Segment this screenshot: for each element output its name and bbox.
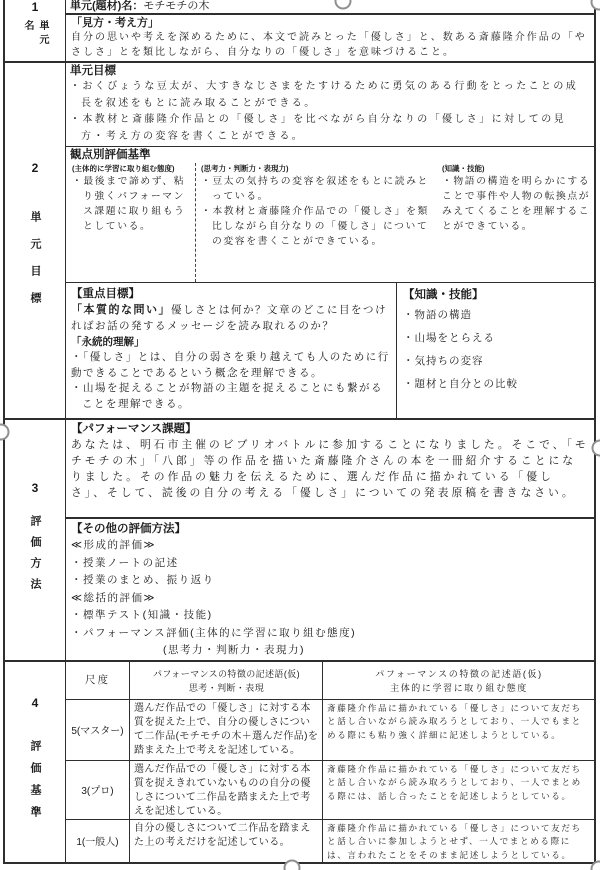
rubric-scale-label: 5(マスター) — [66, 700, 130, 760]
knowledge-item: ・物語の構造 — [403, 304, 590, 327]
rubric-header-thinking-line2: 思考・判断・表現 — [189, 681, 264, 695]
other-evaluation-item: ・授業ノートの記述 — [71, 555, 589, 573]
criteria-columns: (主体的に学習に取り組む態度) ・最後まで諦めず、粘り強くパフォーマンス課題に取… — [66, 163, 594, 282]
unit-goals-block: 単元目標 ・おくびょうな豆太が、大すきなじさまをたすけるために勇気のある行動をと… — [66, 63, 594, 147]
other-evaluation-block: 【その他の評価方法】 ≪形成的評価≫ ・授業ノートの記述 ・授業のまとめ、振り返… — [66, 519, 594, 660]
other-evaluation-item: ≪形成的評価≫ — [71, 537, 589, 555]
unit-goals-heading: 単元目標 — [70, 64, 590, 79]
rubric-header-row: 尺度 パフォーマンスの特徴の記述語(仮) 思考・判断・表現 パフォーマンスの特徴… — [66, 662, 594, 700]
section3-number: 3 — [32, 481, 39, 495]
section-rubric: 4 評価基準 尺度 パフォーマンスの特徴の記述語(仮) 思考・判断・表現 パフォ… — [5, 660, 594, 863]
section-evaluation-methods: 3 評価方法 【パフォーマンス課題】 あなたは、明石市主催のビブリオバトルに参加… — [5, 418, 594, 660]
rubric-header-attitude-line2: 主体的に学習に取り組む態度 — [390, 681, 528, 695]
performance-task-block: 【パフォーマンス課題】 あなたは、明石市主催のビブリオバトルに参加することになり… — [66, 420, 594, 520]
rubric-attitude-cell: 斎藤隆介作品に描かれている「優しさ」について友だちと話し合いながら読み取ろうとし… — [323, 700, 594, 760]
criteria-col-thinking: (思考力・判断力・表現力) ・豆太の気持ちの変容を叙述をもとに読みとっている。 … — [196, 163, 438, 282]
criteria-knowledge-item: ・物語の構造を明らかにすることで事件や人物の転換点がみえてくることを理解すること… — [442, 174, 591, 234]
knowledge-skills-heading: 【知識・技能】 — [403, 286, 590, 304]
section2-content: 単元目標 ・おくびょうな豆太が、大すきなじさまをたすけるために勇気のある行動をと… — [66, 63, 594, 418]
rubric-thinking-cell: 自分の優しさについて二作品を踏まえた上の考えだけを記述している。 — [130, 820, 323, 863]
focus-goal-row: 【重点目標】 「本質的な問い」優しさとは何か？文章のどこに目をつければお話の発す… — [66, 283, 594, 417]
rubric-row-beginner: 1(一般人) 自分の優しさについて二作品を踏まえた上の考えだけを記述している。 … — [66, 819, 594, 863]
unit-title-label: 単元(題材)名： — [70, 0, 143, 12]
section1-number: 1 — [32, 0, 39, 14]
view-thinking-text: 自分の思いや考えを深めるために、本文で読みとった「優しさ」と、数ある斎藤隆介作品… — [71, 30, 589, 60]
rubric-scale-label: 1(一般人) — [66, 820, 130, 863]
focus-goal-block: 【重点目標】 「本質的な問い」優しさとは何か？文章のどこに目をつければお話の発す… — [66, 283, 397, 417]
criteria-attitude-item: ・最後まで諦めず、粘り強くパフォーマンス課題に取り組もうとしている。 — [83, 174, 192, 234]
rubric-header-thinking-line1: パフォーマンスの特徴の記述語(仮) — [153, 667, 300, 681]
criteria-col-attitude-label: (主体的に学習に取り組む態度) — [72, 163, 192, 174]
unit-title-value: モチモチの木 — [143, 0, 209, 12]
section-unit-goals: 2 単元目標 単元目標 ・おくびょうな豆太が、大すきなじさまをたすけるために勇気… — [5, 61, 594, 418]
enduring-understanding-label: 「永続的理解」 — [71, 334, 390, 350]
section2-side-label: 単元目標 — [27, 211, 43, 319]
enduring-understanding-item: ・山場を捉えることが物語の主題を捉えることにも繋がることを理解できる。 — [82, 381, 390, 412]
rubric-header-thinking: パフォーマンスの特徴の記述語(仮) 思考・判断・表現 — [130, 662, 323, 699]
rubric-table: 尺度 パフォーマンスの特徴の記述語(仮) 思考・判断・表現 パフォーマンスの特徴… — [66, 662, 594, 863]
rubric-header-attitude-line1: パフォーマンスの特徴の記述語(仮) — [375, 667, 542, 681]
section1-side-cell: 1 単元名 — [5, 0, 66, 61]
criteria-thinking-item: ・豆太の気持ちの変容を叙述をもとに読みとっている。 — [212, 174, 435, 204]
criteria-col-knowledge: (知識・技能) ・物語の構造を明らかにすることで事件や人物の転換点がみえてくるこ… — [438, 163, 594, 282]
other-evaluation-item: ・パフォーマンス評価(主体的に学習に取り組む態度) — [71, 625, 589, 643]
section2-number: 2 — [32, 161, 39, 175]
other-evaluation-item: ・授業のまとめ、振り返り — [71, 572, 589, 590]
performance-task-text: あなたは、明石市主催のビブリオバトルに参加することになりました。そこで、「モチモ… — [71, 437, 589, 501]
knowledge-item: ・山場をとらえる — [403, 327, 590, 350]
unit-title-row: 単元(題材)名：モチモチの木 — [66, 0, 594, 15]
rubric-attitude-cell: 斎藤隆介作品に描かれている「優しさ」について友だちと話し合いに参加しようとせず、… — [323, 820, 594, 863]
rubric-header-scale: 尺度 — [66, 662, 130, 699]
enduring-understanding-item: ・「優しさ」とは、自分の弱さを乗り越えても人のために行動できることであるという概… — [71, 350, 390, 381]
criteria-heading: 観点別評価基準 — [66, 148, 594, 163]
section1-side-label: 単元名 — [20, 20, 50, 61]
rubric-row-master: 5(マスター) 選んだ作品での「優しさ」に対する本質を捉えた上で、自分の優しさに… — [66, 700, 594, 760]
criteria-col-knowledge-label: (知識・技能) — [442, 163, 591, 174]
criteria-thinking-item: ・本教材と斎藤隆介作品での「優しさ」を類比しながら自分なりの「優しさ」についての… — [212, 204, 435, 249]
criteria-col-attitude: (主体的に学習に取り組む態度) ・最後まで諦めず、粘り強くパフォーマンス課題に取… — [66, 163, 196, 282]
criteria-col-thinking-label: (思考力・判断力・表現力) — [201, 163, 435, 174]
essential-question-label: 「本質的な問い」 — [71, 304, 171, 316]
unit-goal-item: ・本教材と斎藤隆介作品との「優しさ」を比べながら自分なりの「優しさ」に対しての見… — [81, 112, 590, 145]
rubric-thinking-cell: 選んだ作品での「優しさ」に対する本質を捉えた上で、自分の優しさについて二作品(モ… — [130, 700, 323, 760]
section1-content: 単元(題材)名：モチモチの木 「見方・考え方」 自分の思いや考えを深めるために、… — [66, 0, 594, 61]
rubric-attitude-cell: 斎藤隆介作品に描かれている「優しさ」について友だちと話し合いながら読み取ろうとし… — [323, 761, 594, 819]
section4-side-cell: 4 評価基準 — [5, 662, 66, 863]
focus-goal-heading: 【重点目標】 — [71, 286, 390, 303]
section3-side-cell: 3 評価方法 — [5, 420, 66, 660]
lesson-plan-table: 1 単元名 単元(題材)名：モチモチの木 「見方・考え方」 自分の思いや考えを深… — [3, 0, 596, 864]
section3-content: 【パフォーマンス課題】 あなたは、明石市主催のビブリオバトルに参加することになり… — [66, 420, 594, 660]
other-evaluation-item-continuation: (思考力・判断力・表現力) — [71, 642, 589, 660]
view-thinking-block: 「見方・考え方」 自分の思いや考えを深めるために、本文で読みとった「優しさ」と、… — [66, 15, 594, 60]
rubric-row-pro: 3(プロ) 選んだ作品での「優しさ」に対する本質を捉えきれていないものの自分の優… — [66, 760, 594, 819]
section-unit-name: 1 単元名 単元(題材)名：モチモチの木 「見方・考え方」 自分の思いや考えを深… — [5, 0, 594, 61]
section4-number: 4 — [32, 696, 39, 710]
other-evaluation-heading: 【その他の評価方法】 — [71, 521, 589, 537]
view-thinking-heading: 「見方・考え方」 — [71, 16, 589, 30]
scanned-lesson-plan-page: 1 単元名 単元(題材)名：モチモチの木 「見方・考え方」 自分の思いや考えを深… — [0, 0, 600, 870]
essential-question: 「本質的な問い」優しさとは何か？文章のどこに目をつければお話の発するメッセージを… — [71, 303, 390, 334]
criteria-block: 観点別評価基準 (主体的に学習に取り組む態度) ・最後まで諦めず、粘り強くパフォ… — [66, 147, 594, 283]
section4-side-label: 評価基準 — [27, 740, 43, 828]
knowledge-item: ・気持ちの変容 — [403, 350, 590, 373]
other-evaluation-item: ・標準テスト(知識・技能) — [71, 607, 589, 625]
unit-goal-item: ・おくびょうな豆太が、大すきなじさまをたすけるために勇気のある行動をとったことの… — [81, 79, 590, 112]
performance-task-heading: 【パフォーマンス課題】 — [71, 422, 589, 437]
punch-hole — [284, 860, 301, 870]
other-evaluation-item: ≪総括的評価≫ — [71, 590, 589, 608]
section3-side-label: 評価方法 — [27, 515, 43, 599]
knowledge-skills-block: 【知識・技能】 ・物語の構造 ・山場をとらえる ・気持ちの変容 ・題材と自分との… — [397, 283, 594, 417]
section2-side-cell: 2 単元目標 — [5, 63, 66, 418]
rubric-header-attitude: パフォーマンスの特徴の記述語(仮) 主体的に学習に取り組む態度 — [323, 662, 594, 699]
rubric-scale-label: 3(プロ) — [66, 761, 130, 819]
rubric-thinking-cell: 選んだ作品での「優しさ」に対する本質を捉えきれていないものの自分の優しさについて… — [130, 761, 323, 819]
knowledge-item: ・題材と自分との比較 — [403, 373, 590, 396]
